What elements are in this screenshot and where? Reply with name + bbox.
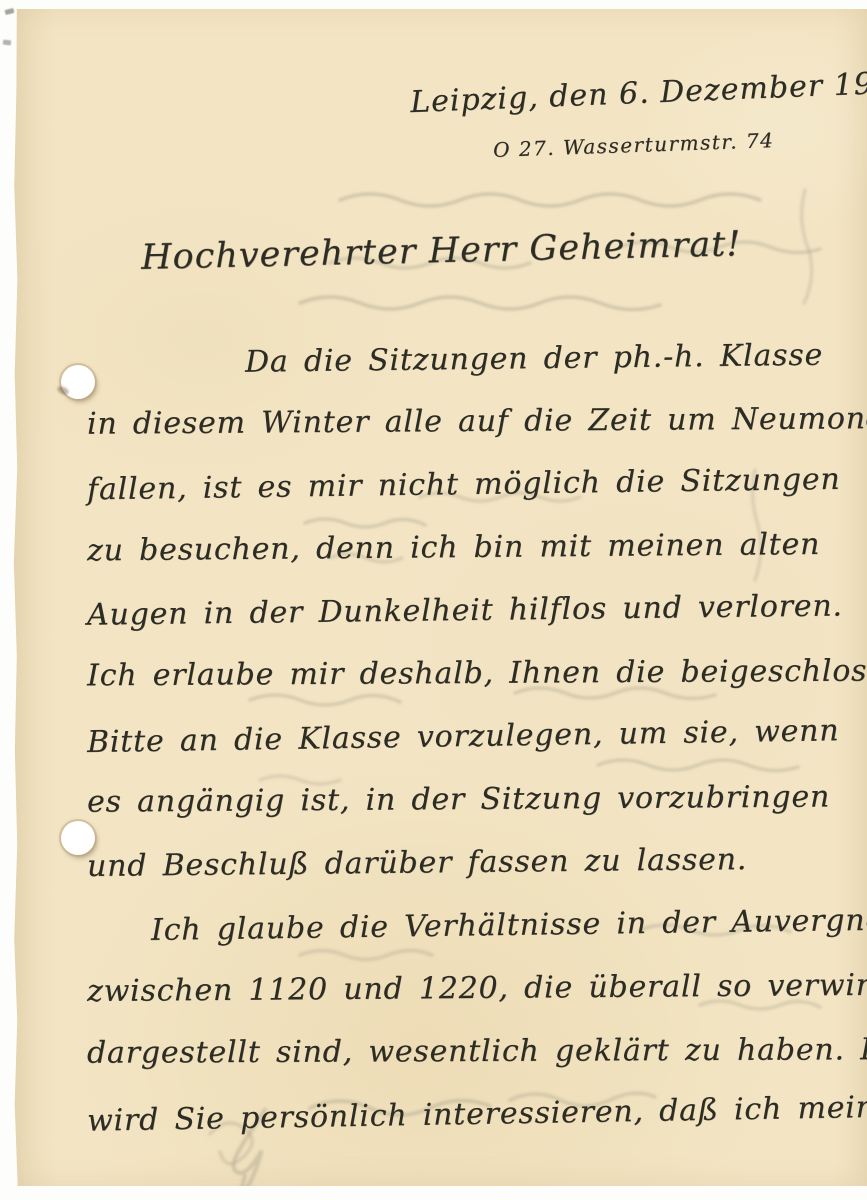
body-line: Augen in der Dunkelheit hilflos und verl… bbox=[87, 574, 854, 646]
body-line: Da die Sitzungen der ph.-h. Klasse bbox=[245, 323, 854, 393]
body-line: zwischen 1120 und 1220, die überall so v… bbox=[87, 954, 853, 1023]
body-line: es angängig ist, in der Sitzung vorzubri… bbox=[87, 765, 853, 833]
scan-artifact-speck bbox=[3, 40, 11, 46]
date-line: Leipzig, den 6. Dezember 1941 bbox=[410, 65, 867, 120]
body-line: fallen, ist es mir nicht möglich die Sit… bbox=[87, 448, 854, 522]
body-line: in diesem Winter alle auf die Zeit um Ne… bbox=[87, 387, 853, 455]
letter-paper-sheet: Leipzig, den 6. Dezember 1941 O 27. Wass… bbox=[13, 9, 867, 1186]
body-line: Bitte an die Klasse vorzulegen, um sie, … bbox=[87, 699, 854, 774]
scanned-letter-page: { "document": { "kind": "scanned handwri… bbox=[0, 0, 867, 1200]
body-line: wird Sie persönlich interessieren, daß i… bbox=[87, 1076, 854, 1152]
body-line: dargestellt sind, wesentlich geklärt zu … bbox=[87, 1018, 853, 1084]
salutation: Hochverehrter Herr Geheimrat! bbox=[141, 224, 742, 278]
body-line: und Beschluß darüber fassen zu lassen. bbox=[87, 827, 854, 898]
body-line: zu besuchen, denn ich bin mit meinen alt… bbox=[87, 513, 854, 583]
scan-artifact-speck bbox=[5, 8, 15, 15]
sender-address-line: O 27. Wasserturmstr. 74 bbox=[493, 128, 775, 162]
body-line: Ich glaube die Verhältnisse in der Auver… bbox=[151, 889, 854, 962]
body-line: Ich erlaube mir deshalb, Ihnen die beige… bbox=[87, 640, 853, 708]
letter-body: Da die Sitzungen der ph.-h. Klasse in di… bbox=[87, 327, 853, 1146]
